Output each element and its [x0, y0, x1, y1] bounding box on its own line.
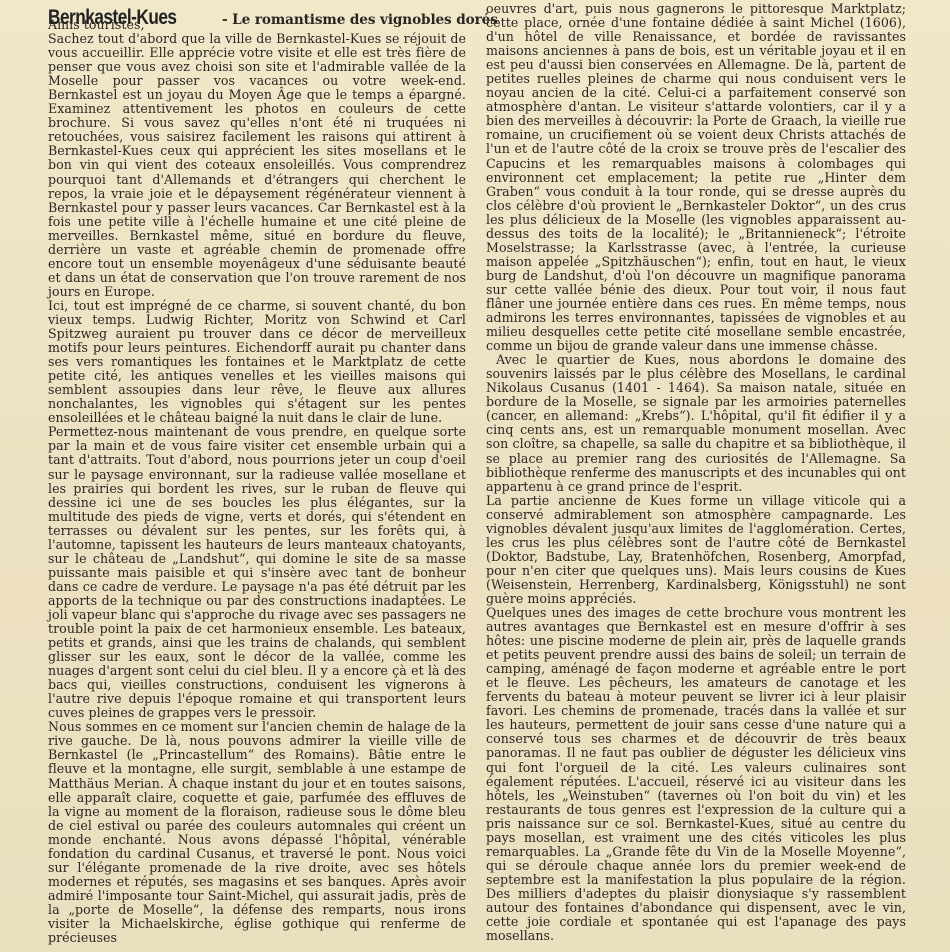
paragraph: Ici, tout est imprégné de ce charme, si …: [48, 299, 466, 425]
paragraph: Sachez tout d'abord que la ville de Bern…: [48, 32, 466, 299]
salutation: Amis touristes,: [48, 18, 466, 32]
paragraph: Avec le quartier de Kues, nous abordons …: [486, 353, 906, 493]
brochure-page: Bernkastel-Kues - Le romantisme des vign…: [0, 0, 950, 952]
paragraph: Quelques unes des images de cette brochu…: [486, 606, 906, 943]
right-column: oeuvres d'art, puis nous gagnerons le pi…: [486, 2, 906, 943]
left-column: Amis touristes, Sachez tout d'abord que …: [48, 14, 466, 945]
paragraph: La partie ancienne de Kues forme un vill…: [486, 494, 906, 606]
paragraph: oeuvres d'art, puis nous gagnerons le pi…: [486, 2, 906, 353]
paragraph: Permettez-nous maintenant de vous prendr…: [48, 425, 466, 720]
paragraph: Nous sommes en ce moment sur l'ancien ch…: [48, 720, 466, 945]
